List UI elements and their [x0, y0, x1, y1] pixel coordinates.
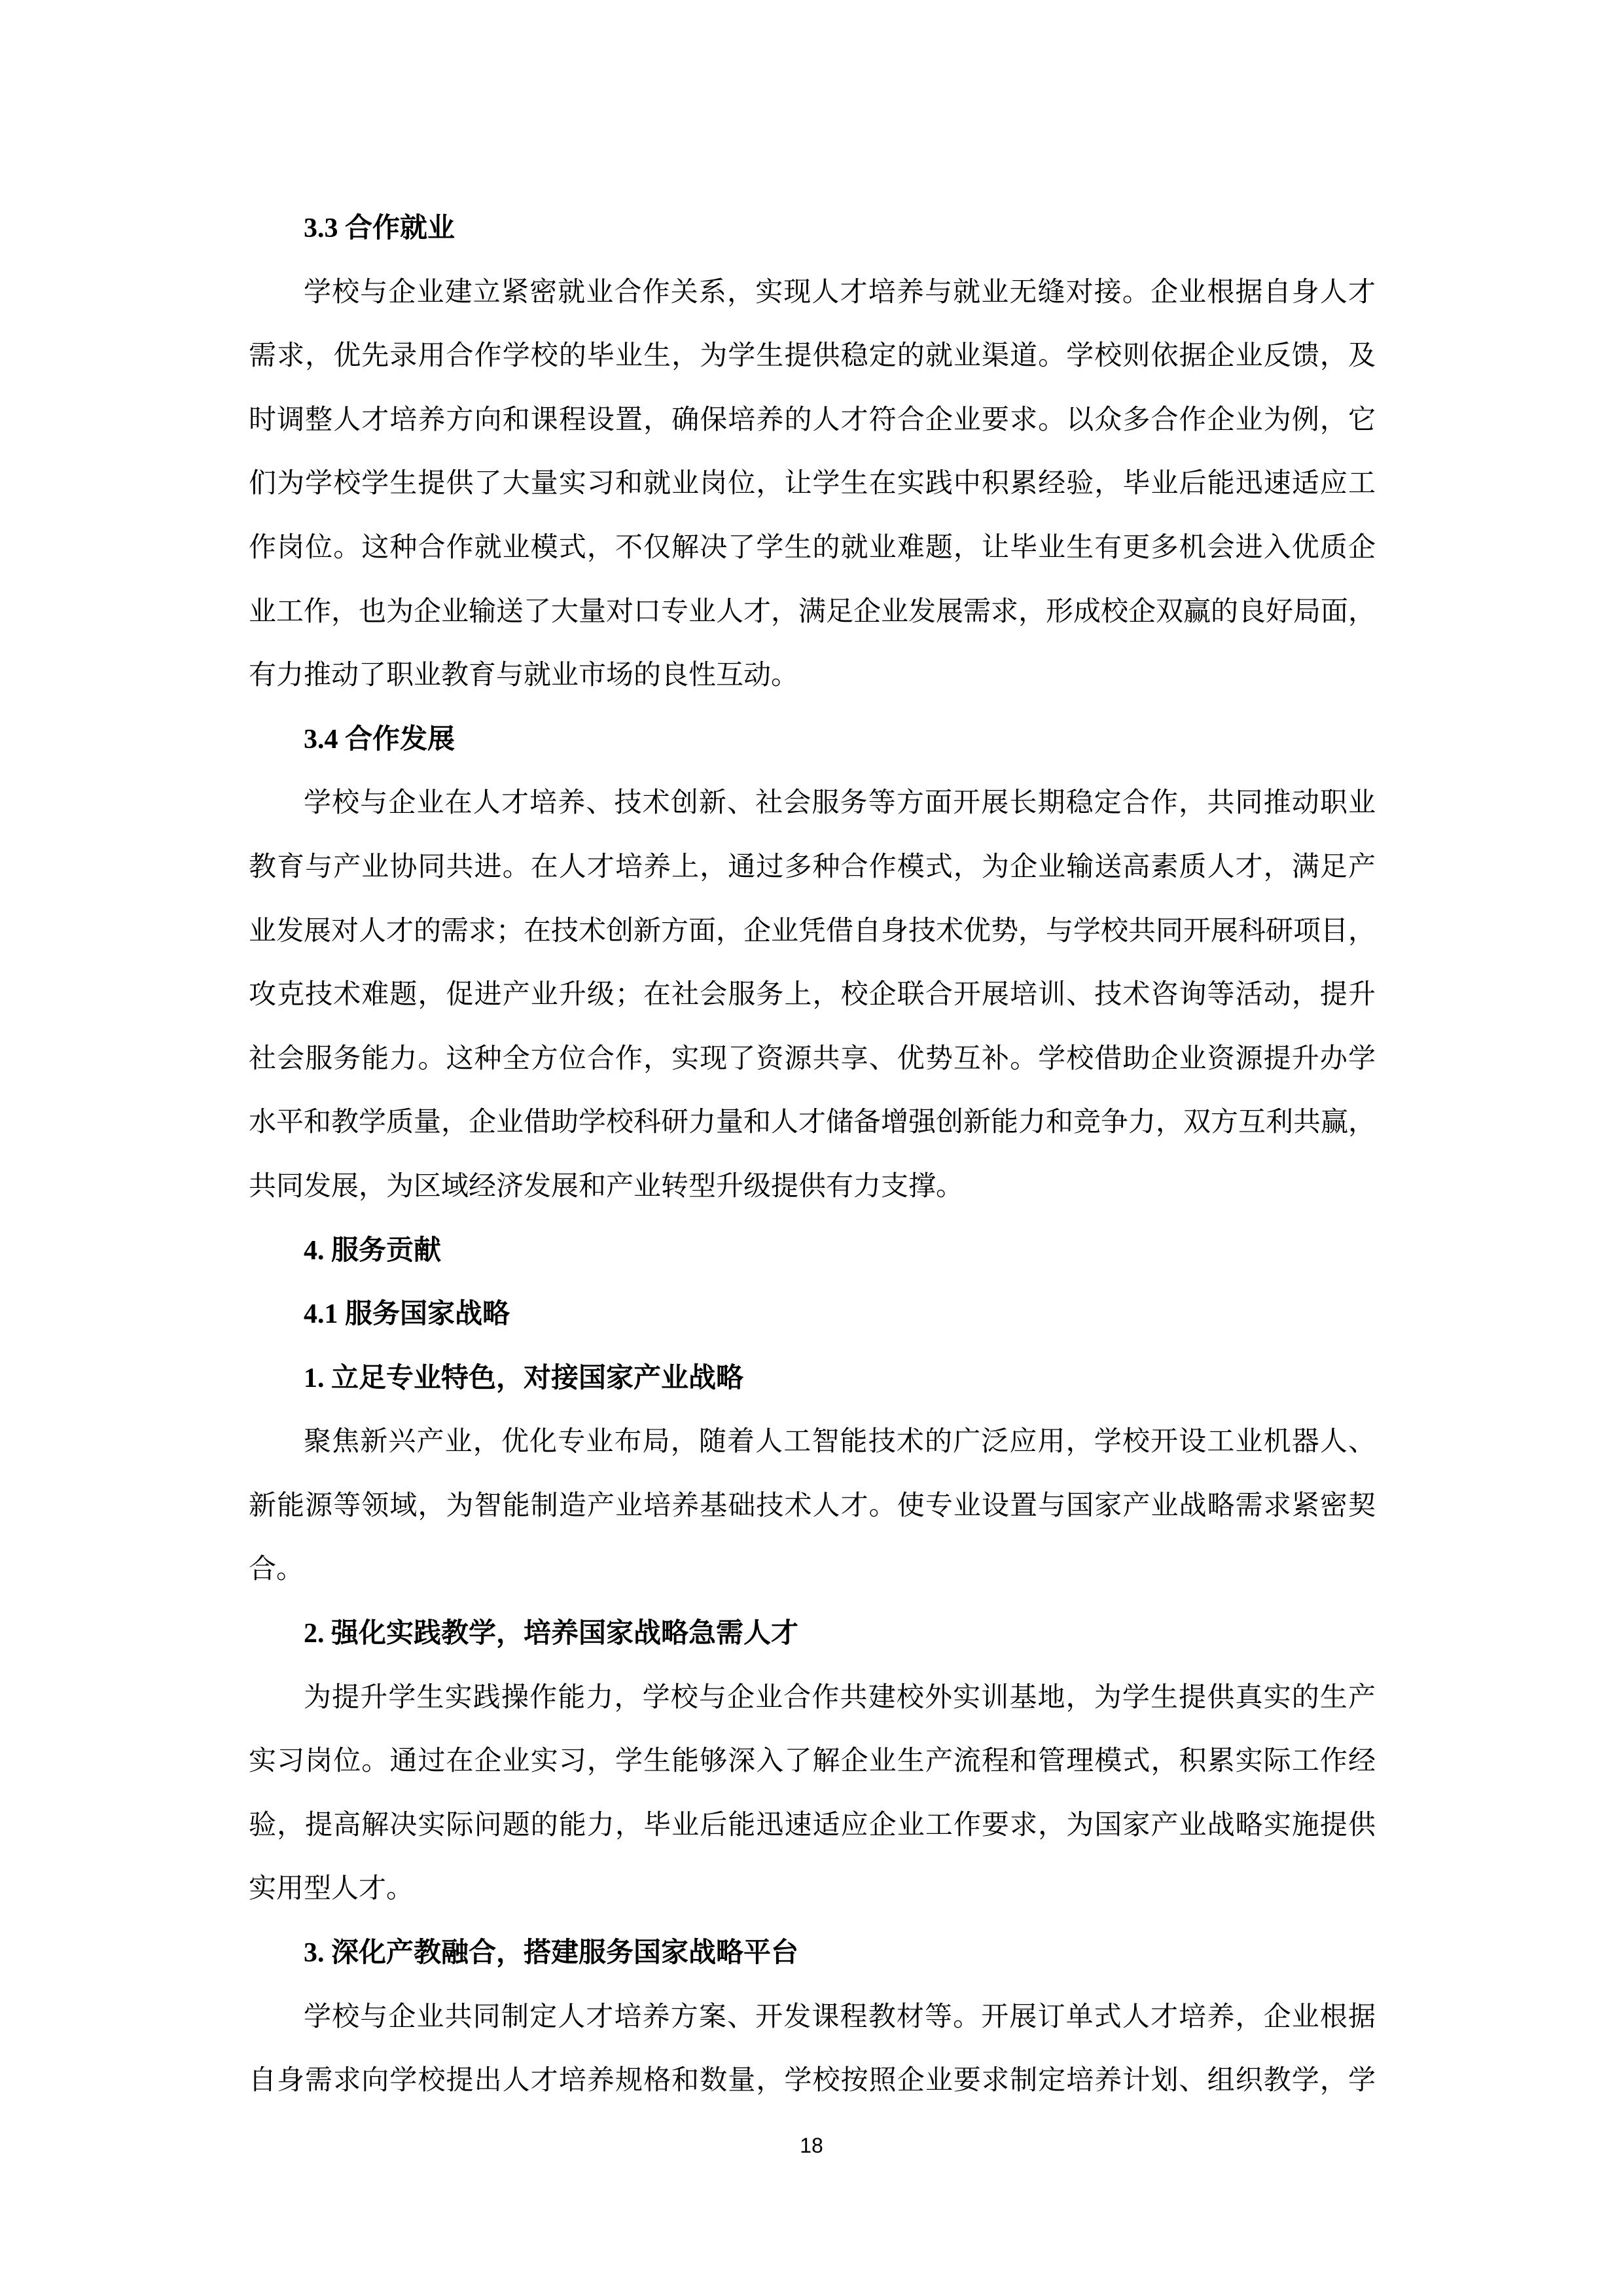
paragraph-3: 学校与企业共同制定人才培养方案、开发课程教材等。开展订单式人才培养，企业根据 自…	[249, 1997, 1376, 2125]
text-line: 有力推动了职业教育与就业市场的良性互动。	[249, 655, 1376, 719]
text-line: 实习岗位。通过在企业实习，学生能够深入了解企业生产流程和管理模式，积累实际工作经	[249, 1741, 1376, 1805]
text-line: 聚焦新兴产业，优化专业布局，随着人工智能技术的广泛应用，学校开设工业机器人、	[249, 1422, 1376, 1486]
subheading-2: 2. 强化实践教学，培养国家战略急需人才	[249, 1613, 1376, 1677]
text-line: 为提升学生实践操作能力，学校与企业合作共建校外实训基地，为学生提供真实的生产	[249, 1677, 1376, 1742]
text-line: 教育与产业协同共进。在人才培养上，通过多种合作模式，为企业输送高素质人才，满足产	[249, 847, 1376, 911]
section-heading-4-1: 4.1 服务国家战略	[249, 1294, 1376, 1358]
text-line: 学校与企业在人才培养、技术创新、社会服务等方面开展长期稳定合作，共同推动职业	[249, 783, 1376, 847]
text-line: 学校与企业建立紧密就业合作关系，实现人才培养与就业无缝对接。企业根据自身人才	[249, 272, 1376, 336]
paragraph-3-4: 学校与企业在人才培养、技术创新、社会服务等方面开展长期稳定合作，共同推动职业 教…	[249, 783, 1376, 1230]
text-line: 攻克技术难题，促进产业升级；在社会服务上，校企联合开展培训、技术咨询等活动，提升	[249, 975, 1376, 1039]
text-line: 合。	[249, 1549, 1376, 1613]
text-line: 新能源等领域，为智能制造产业培养基础技术人才。使专业设置与国家产业战略需求紧密契	[249, 1486, 1376, 1550]
paragraph-3-3: 学校与企业建立紧密就业合作关系，实现人才培养与就业无缝对接。企业根据自身人才 需…	[249, 272, 1376, 719]
subheading-1: 1. 立足专业特色，对接国家产业战略	[249, 1358, 1376, 1422]
paragraph-2: 为提升学生实践操作能力，学校与企业合作共建校外实训基地，为学生提供真实的生产 实…	[249, 1677, 1376, 1933]
text-line: 业工作，也为企业输送了大量对口专业人才，满足企业发展需求，形成校企双赢的良好局面…	[249, 592, 1376, 656]
text-line: 社会服务能力。这种全方位合作，实现了资源共享、优势互补。学校借助企业资源提升办学	[249, 1039, 1376, 1103]
text-line: 业发展对人才的需求；在技术创新方面，企业凭借自身技术优势，与学校共同开展科研项目…	[249, 911, 1376, 975]
subheading-3: 3. 深化产教融合，搭建服务国家战略平台	[249, 1933, 1376, 1997]
section-heading-3-3: 3.3 合作就业	[249, 208, 1376, 272]
text-line: 学校与企业共同制定人才培养方案、开发课程教材等。开展订单式人才培养，企业根据	[249, 1997, 1376, 2061]
text-line: 们为学校学生提供了大量实习和就业岗位，让学生在实践中积累经验，毕业后能迅速适应工	[249, 463, 1376, 528]
text-line: 需求，优先录用合作学校的毕业生，为学生提供稳定的就业渠道。学校则依据企业反馈，及	[249, 336, 1376, 400]
text-line: 作岗位。这种合作就业模式，不仅解决了学生的就业难题，让毕业生有更多机会进入优质企	[249, 528, 1376, 592]
text-line: 时调整人才培养方向和课程设置，确保培养的人才符合企业要求。以众多合作企业为例，它	[249, 400, 1376, 464]
page-content: 3.3 合作就业 学校与企业建立紧密就业合作关系，实现人才培养与就业无缝对接。企…	[249, 208, 1376, 2125]
paragraph-1: 聚焦新兴产业，优化专业布局，随着人工智能技术的广泛应用，学校开设工业机器人、 新…	[249, 1422, 1376, 1613]
text-line: 水平和教学质量，企业借助学校科研力量和人才储备增强创新能力和竞争力，双方互利共赢…	[249, 1102, 1376, 1166]
document-page: 3.3 合作就业 学校与企业建立紧密就业合作关系，实现人才培养与就业无缝对接。企…	[0, 0, 1623, 2296]
text-line: 实用型人才。	[249, 1869, 1376, 1933]
section-heading-3-4: 3.4 合作发展	[249, 719, 1376, 783]
page-number: 18	[0, 2132, 1623, 2159]
text-line: 自身需求向学校提出人才培养规格和数量，学校按照企业要求制定培养计划、组织教学，学	[249, 2060, 1376, 2125]
section-heading-4: 4. 服务贡献	[249, 1230, 1376, 1295]
text-line: 验，提高解决实际问题的能力，毕业后能迅速适应企业工作要求，为国家产业战略实施提供	[249, 1805, 1376, 1869]
text-line: 共同发展，为区域经济发展和产业转型升级提供有力支撑。	[249, 1166, 1376, 1230]
